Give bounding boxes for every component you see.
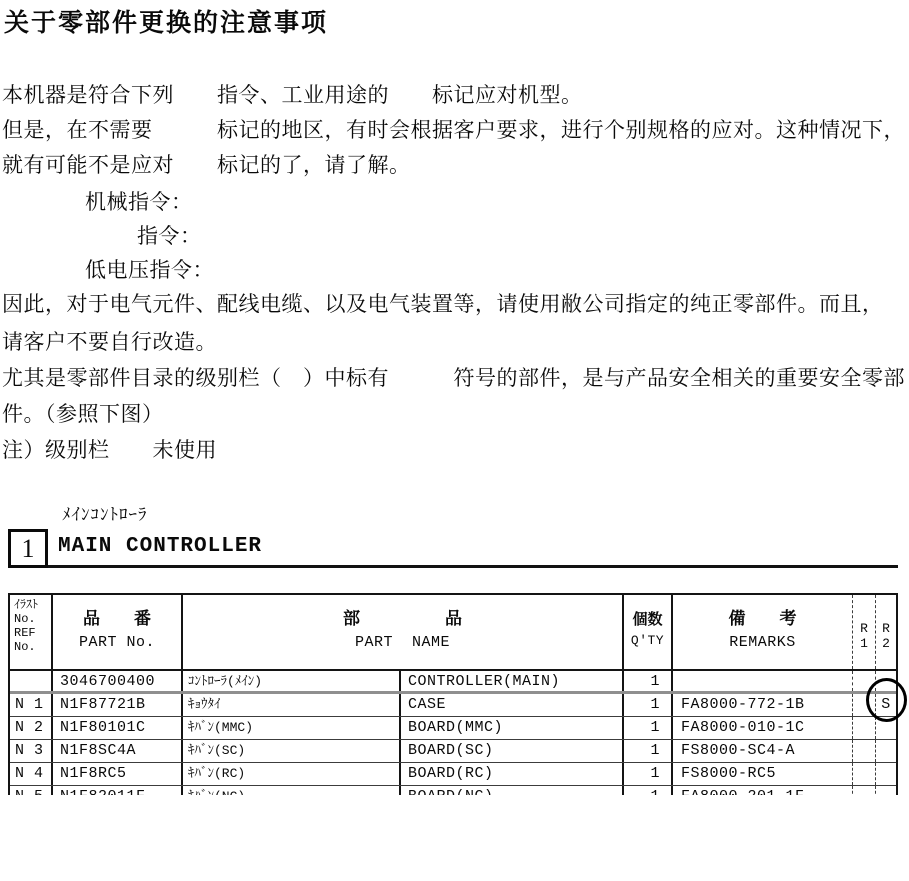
cell-name-en: BOARD(MMC) (401, 717, 624, 739)
body-line: 注）级别栏 未使用 (2, 438, 217, 464)
cell-ref: N 1 (10, 694, 53, 716)
cell-r1 (853, 740, 876, 762)
cell-name-kana: ｷﾊﾞﾝ(MMC) (183, 717, 401, 739)
cell-part-no: N1F80101C (53, 717, 183, 739)
header-part-no-cjk: 品 番 (53, 604, 181, 629)
cell-remarks: FA8000-772-1B (673, 694, 853, 716)
header-part-name-en: PART NAME (183, 634, 622, 651)
table-row: 3046700400 ｺﾝﾄﾛｰﾗ(ﾒｲﾝ) CONTROLLER(MAIN) … (10, 671, 896, 694)
cell-part-no: N1F8RC5 (53, 763, 183, 785)
header-remarks: 備 考 REMARKS (673, 595, 853, 669)
cell-part-no: 3046700400 (53, 671, 183, 691)
body-line: 就有可能不是应对 标记的了，请了解。 (2, 153, 411, 179)
cell-part-no: N1F8SC4A (53, 740, 183, 762)
header-part-name: 部 品 PART NAME (183, 595, 624, 669)
cell-remarks: FA8000-010-1C (673, 717, 853, 739)
table-header-row: ｲﾗｽﾄ No. REF No. 品 番 PART No. 部 品 PART N… (10, 595, 896, 671)
cell-name-kana: ｺﾝﾄﾛｰﾗ(ﾒｲﾝ) (183, 671, 401, 691)
header-part-name-cjk: 部 品 (183, 604, 622, 629)
header-qty-cjk: 個数 (624, 608, 671, 629)
cell-qty: 1 (624, 671, 673, 691)
section-number-box: 1 (8, 529, 48, 568)
section-title: MAIN CONTROLLER (58, 535, 262, 558)
cell-ref: N 2 (10, 717, 53, 739)
header-qty-en: Q'TY (624, 633, 671, 648)
body-line: 尤其是零部件目录的级别栏（ ）中标有 符号的部件，是与产品安全相关的重要安全零部 (2, 366, 905, 392)
page-title: 关于零部件更换的注意事项 (4, 3, 328, 39)
header-remarks-cjk: 備 考 (673, 604, 852, 629)
cell-r1 (853, 763, 876, 785)
cell-name-kana: ｷｮｳﾀｲ (183, 694, 401, 716)
section-number: 1 (22, 534, 35, 564)
cell-qty: 1 (624, 717, 673, 739)
cell-r2 (876, 740, 896, 762)
body-line-low-voltage-directive: 低电压指令： (85, 258, 214, 284)
table-row: N 2 N1F80101C ｷﾊﾞﾝ(MMC) BOARD(MMC) 1 FA8… (10, 717, 896, 740)
cell-name-kana: ｷﾊﾞﾝ(SC) (183, 740, 401, 762)
header-part-no: 品 番 PART No. (53, 595, 183, 669)
cell-name-en: BOARD(RC) (401, 763, 624, 785)
table-row: N 5 N1F82011F ｷﾊﾞﾝ(NC) BOARD(NC) 1 FA800… (10, 786, 896, 795)
cell-remarks: FA8000-201-1F (673, 786, 853, 795)
cell-qty: 1 (624, 694, 673, 716)
hand-drawn-circle-annotation (866, 678, 907, 722)
table-row: N 4 N1F8RC5 ｷﾊﾞﾝ(RC) BOARD(RC) 1 FS8000-… (10, 763, 896, 786)
cell-name-kana: ｷﾊﾞﾝ(RC) (183, 763, 401, 785)
header-qty: 個数 Q'TY (624, 595, 673, 669)
table-row: N 1 N1F87721B ｷｮｳﾀｲ CASE 1 FA8000-772-1B… (10, 694, 896, 717)
cell-r1 (853, 717, 876, 739)
cell-name-en: BOARD(SC) (401, 740, 624, 762)
body-line-directive: 指令： (137, 224, 202, 250)
header-r2: R 2 (876, 595, 896, 669)
cell-remarks (673, 671, 853, 691)
header-r1: R 1 (853, 595, 876, 669)
cell-ref: N 5 (10, 786, 53, 795)
header-remarks-en: REMARKS (673, 634, 852, 651)
cell-name-en: CASE (401, 694, 624, 716)
header-part-no-en: PART No. (53, 634, 181, 651)
cell-name-en: BOARD(NC) (401, 786, 624, 795)
body-line: 请客户不要自行改造。 (2, 330, 217, 356)
cell-remarks: FS8000-SC4-A (673, 740, 853, 762)
cell-r1 (853, 786, 876, 795)
cell-ref (10, 671, 53, 691)
section-rule (8, 565, 898, 568)
cell-part-no: N1F87721B (53, 694, 183, 716)
parts-table: ｲﾗｽﾄ No. REF No. 品 番 PART No. 部 品 PART N… (8, 593, 898, 795)
cell-r2 (876, 763, 896, 785)
header-ref-no: ｲﾗｽﾄ No. REF No. (10, 595, 53, 669)
body-line: 因此，对于电气元件、配线电缆、以及电气装置等，请使用敝公司指定的纯正零部件。而且… (2, 292, 884, 318)
body-line: 但是，在不需要 标记的地区，有时会根据客户要求，进行个别规格的应对。这种情况下， (2, 118, 905, 144)
cell-ref: N 3 (10, 740, 53, 762)
cell-qty: 1 (624, 740, 673, 762)
section-kana-title: ﾒｲﾝｺﾝﾄﾛｰﾗ (62, 500, 148, 526)
cell-name-kana: ｷﾊﾞﾝ(NC) (183, 786, 401, 795)
cell-qty: 1 (624, 786, 673, 795)
cell-name-en: CONTROLLER(MAIN) (401, 671, 624, 691)
cell-remarks: FS8000-RC5 (673, 763, 853, 785)
body-line: 本机器是符合下列 指令、工业用途的 标记应对机型。 (2, 83, 583, 109)
cell-r2 (876, 786, 896, 795)
document-page: 关于零部件更换的注意事项 本机器是符合下列 指令、工业用途的 标记应对机型。 但… (0, 0, 909, 881)
table-row: N 3 N1F8SC4A ｷﾊﾞﾝ(SC) BOARD(SC) 1 FS8000… (10, 740, 896, 763)
cell-part-no: N1F82011F (53, 786, 183, 795)
cell-qty: 1 (624, 763, 673, 785)
cell-ref: N 4 (10, 763, 53, 785)
body-line-machinery-directive: 机械指令： (85, 190, 193, 216)
body-line: 件。（参照下图） (2, 402, 164, 428)
